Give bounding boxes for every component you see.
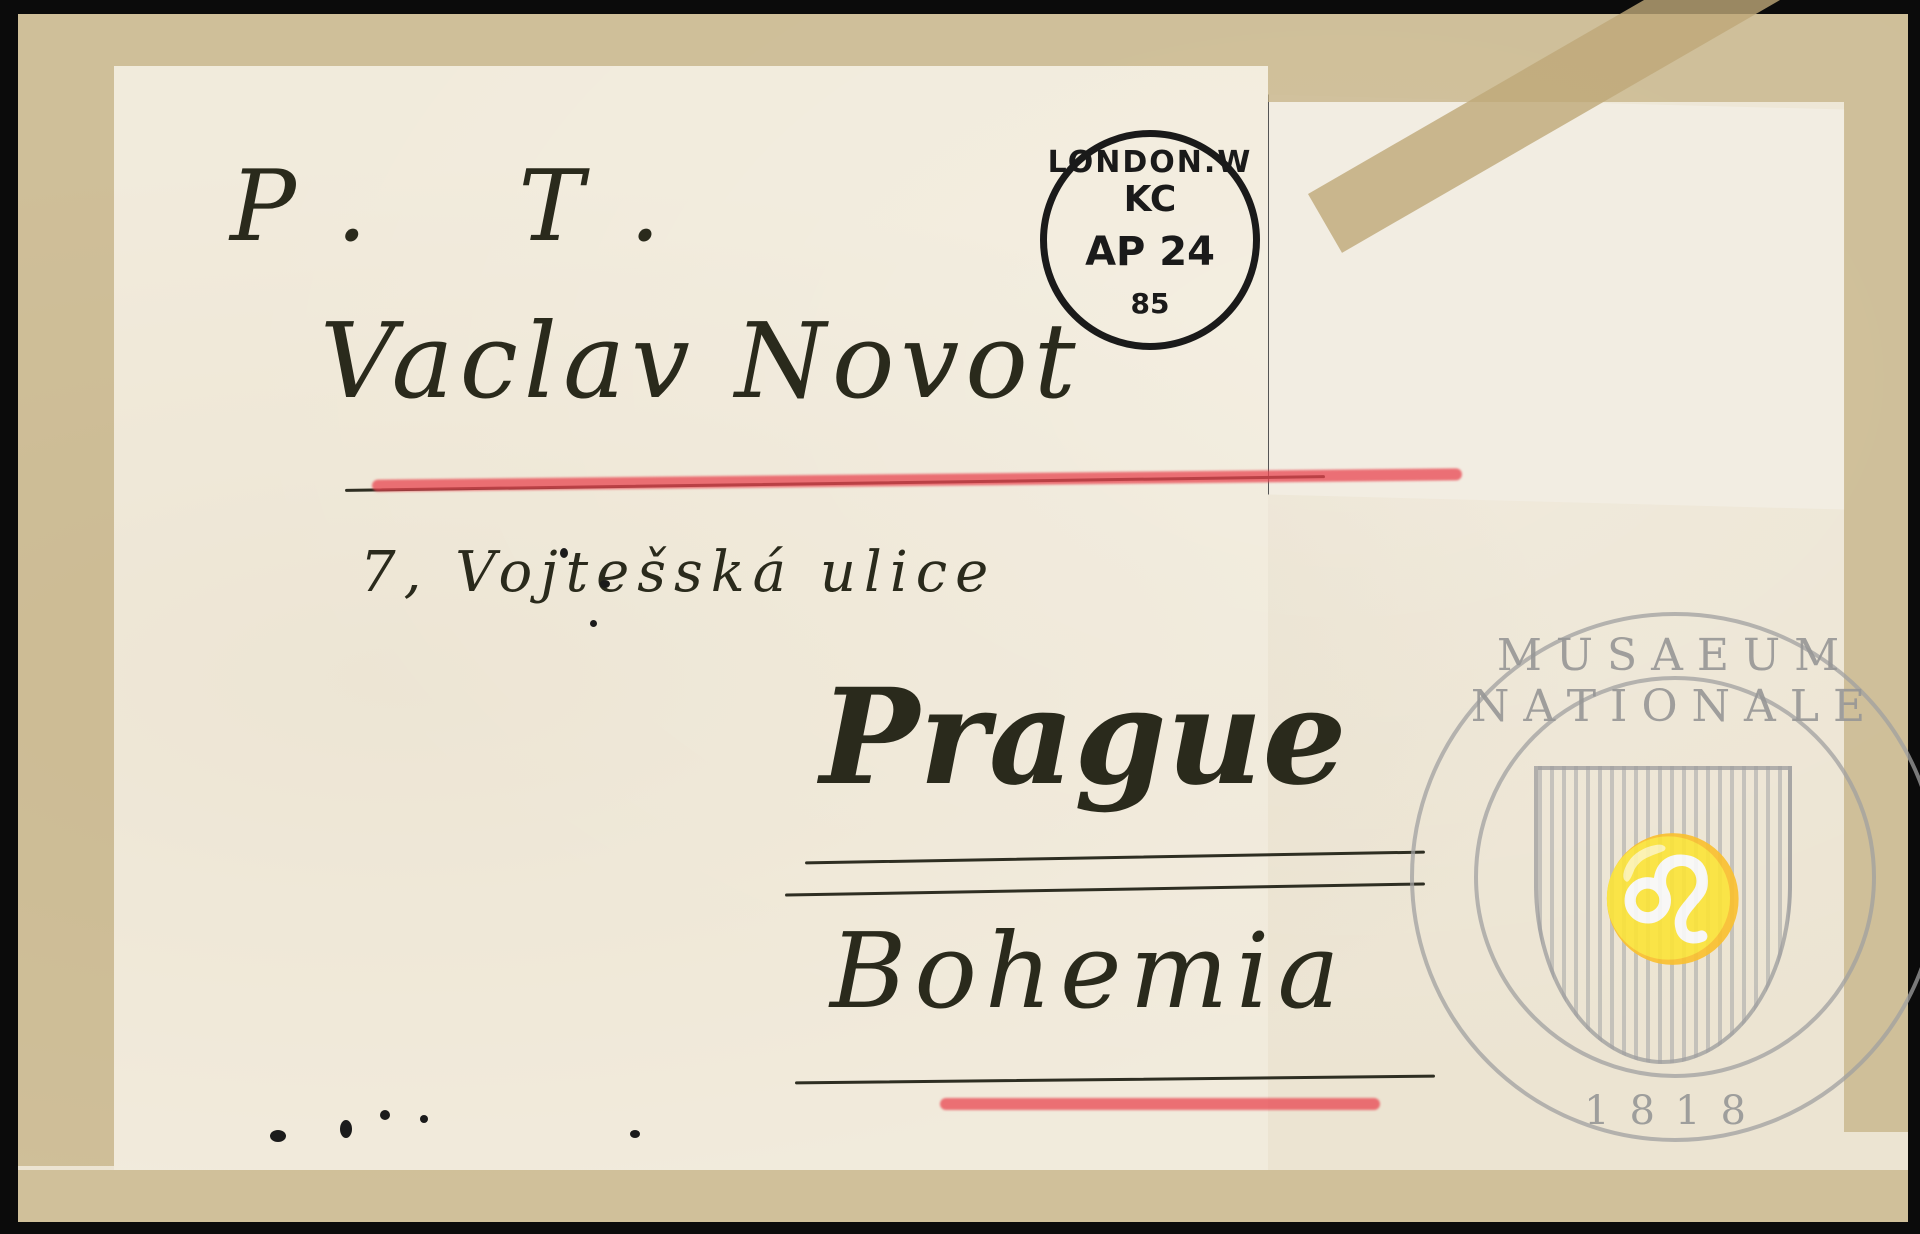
museum-seal: MUSAEUM NATIONALE ♌ 1818 — [1410, 612, 1920, 1142]
tape-strip-bottom — [18, 1170, 1908, 1222]
street-address: 7, Vojtešská ulice — [360, 540, 996, 605]
seal-year: 1818 — [1414, 1088, 1920, 1134]
london-postmark: LONDON.W KC AP 24 85 — [1040, 130, 1260, 350]
paper-repair-patch — [1268, 94, 1845, 509]
tape-strip-left — [18, 66, 114, 1166]
country: Bohemia — [830, 910, 1347, 1032]
ink-speck — [340, 1120, 352, 1138]
seal-text: MUSAEUM NATIONALE — [1414, 630, 1920, 732]
ink-speck — [420, 1115, 428, 1123]
city: Prague — [820, 660, 1347, 815]
ink-speck — [270, 1130, 286, 1142]
lion-icon: ♌ — [1598, 830, 1747, 970]
postmark-date: AP 24 — [1047, 229, 1253, 275]
ink-speck — [380, 1110, 390, 1120]
recipient-name: Vaclav Novot — [320, 300, 1082, 422]
tape-strip-top — [18, 14, 1268, 66]
ink-speck — [600, 580, 610, 588]
postmark-code: KC — [1047, 179, 1253, 220]
salutation: P. T. — [230, 150, 721, 264]
ink-speck — [560, 548, 568, 558]
ink-speck — [630, 1130, 640, 1138]
red-underline-country — [940, 1098, 1380, 1110]
ink-speck — [590, 620, 597, 627]
postmark-city: LONDON.W — [1047, 145, 1253, 180]
postmark-year: 85 — [1047, 287, 1253, 320]
